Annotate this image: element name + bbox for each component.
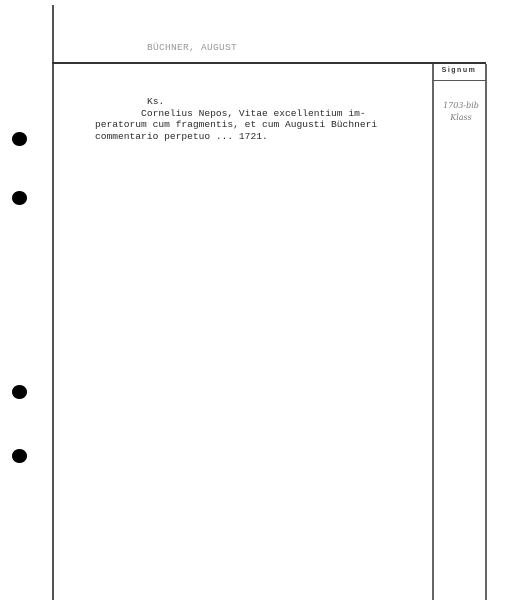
punch-hole-2 — [12, 191, 27, 205]
catalog-card: BÜCHNER, AUGUST Signum 1703-bib Klass Ks… — [0, 0, 507, 600]
punch-hole-3 — [12, 385, 27, 399]
punch-hole-1 — [12, 132, 27, 146]
signum-label: Signum — [433, 67, 485, 74]
body-line-imprint: commentario perpetuo ... 1721. — [95, 131, 435, 143]
left-margin-line — [52, 5, 54, 600]
signum-column-left-border — [432, 64, 434, 600]
signum-handwritten-value: 1703-bib Klass — [436, 100, 486, 124]
signum-value-line-1: 1703-bib — [436, 100, 486, 112]
body-line-title-cont: peratorum cum fragmentis, et cum Augusti… — [95, 119, 435, 131]
card-heading-author: BÜCHNER, AUGUST — [147, 42, 237, 53]
signum-value-line-2: Klass — [436, 112, 486, 124]
body-line-shelfmark: Ks. — [95, 96, 435, 108]
signum-column-right-border — [485, 64, 487, 600]
punch-hole-4 — [12, 449, 27, 463]
body-line-title: Cornelius Nepos, Vitae excellentium im- — [95, 108, 435, 120]
card-body-text: Ks. Cornelius Nepos, Vitae excellentium … — [95, 96, 435, 142]
header-rule — [52, 62, 486, 64]
signum-divider — [432, 80, 486, 81]
